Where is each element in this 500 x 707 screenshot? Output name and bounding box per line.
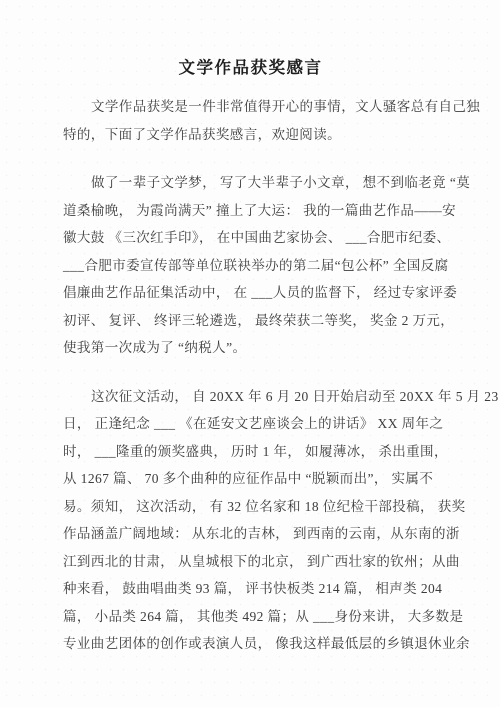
paragraph-line: 这次征文活动， 自 20XX 年 6 月 20 日开始启动至 20XX 年 5 … (63, 383, 438, 411)
paragraph-line: 专业曲艺团体的创作或表演人员， 像我这样最低层的乡镇退休业余 (63, 630, 438, 658)
paragraph-contest-details: 这次征文活动， 自 20XX 年 6 月 20 日开始启动至 20XX 年 5 … (63, 383, 438, 658)
paragraph-line: 倡廉曲艺作品征集活动中， 在 ___人员的监督下， 经过专家评委 (63, 279, 438, 307)
document-title: 文学作品获奖感言 (63, 56, 438, 80)
paragraph-line: 从 1267 篇、 70 多个曲种的应征作品中 “脱颖而出”， 实属不 (63, 465, 438, 493)
paragraph-line: 作品涵盖广阔地域： 从东北的吉林， 到西南的云南，从东南的浙 (63, 520, 438, 548)
paragraph-line: 特的，下面了文学作品获奖感言，欢迎阅读。 (63, 121, 438, 149)
paragraph-intro: 文学作品获奖是一件非常值得开心的事情，文人骚客总有自己独 特的，下面了文学作品获… (63, 93, 438, 148)
paragraph-line: 徽大鼓 《三次红手印》， 在中国曲艺家协会、 ___合肥市纪委、 (63, 224, 438, 252)
paragraph-award-story: 做了一辈子文学梦， 写了大半辈子小文章， 想不到临老竟 “莫 道桑榆晚， 为霞尚… (63, 169, 438, 362)
paragraph-line: 日， 正逢纪念 ___ 《在延安文艺座谈会上的讲话》 XX 周年之 (63, 410, 438, 438)
paragraph-line: 江到西北的甘肃， 从皇城根下的北京， 到广西壮家的钦州；从曲 (63, 548, 438, 576)
paragraph-line: 种来看， 鼓曲唱曲类 93 篇， 评书快板类 214 篇， 相声类 204 (63, 575, 438, 603)
paragraph-line: 做了一辈子文学梦， 写了大半辈子小文章， 想不到临老竟 “莫 (63, 169, 438, 197)
document-page: 文学作品获奖感言 文学作品获奖是一件非常值得开心的事情，文人骚客总有自己独 特的… (0, 0, 500, 707)
paragraph-line: 使我第一次成为了 “纳税人”。 (63, 334, 438, 362)
paragraph-line: 时， ___隆重的颁奖盛典， 历时 1 年， 如履薄冰， 杀出重围， (63, 438, 438, 466)
paragraph-line: 易。须知， 这次活动， 有 32 位名家和 18 位纪检干部投稿， 获奖 (63, 493, 438, 521)
paragraph-line: 篇， 小品类 264 篇， 其他类 492 篇；从 ___身份来讲， 大多数是 (63, 603, 438, 631)
paragraph-line: 道桑榆晚， 为霞尚满天” 撞上了大运： 我的一篇曲艺作品——安 (63, 197, 438, 225)
paragraph-line: 初评、 复评、 终评三轮遴选， 最终荣获二等奖， 奖金 2 万元， (63, 307, 438, 335)
paragraph-line: ___合肥市委宣传部等单位联袂举办的第二届“包公杯” 全国反腐 (63, 252, 438, 280)
paragraph-line: 文学作品获奖是一件非常值得开心的事情，文人骚客总有自己独 (63, 93, 438, 121)
